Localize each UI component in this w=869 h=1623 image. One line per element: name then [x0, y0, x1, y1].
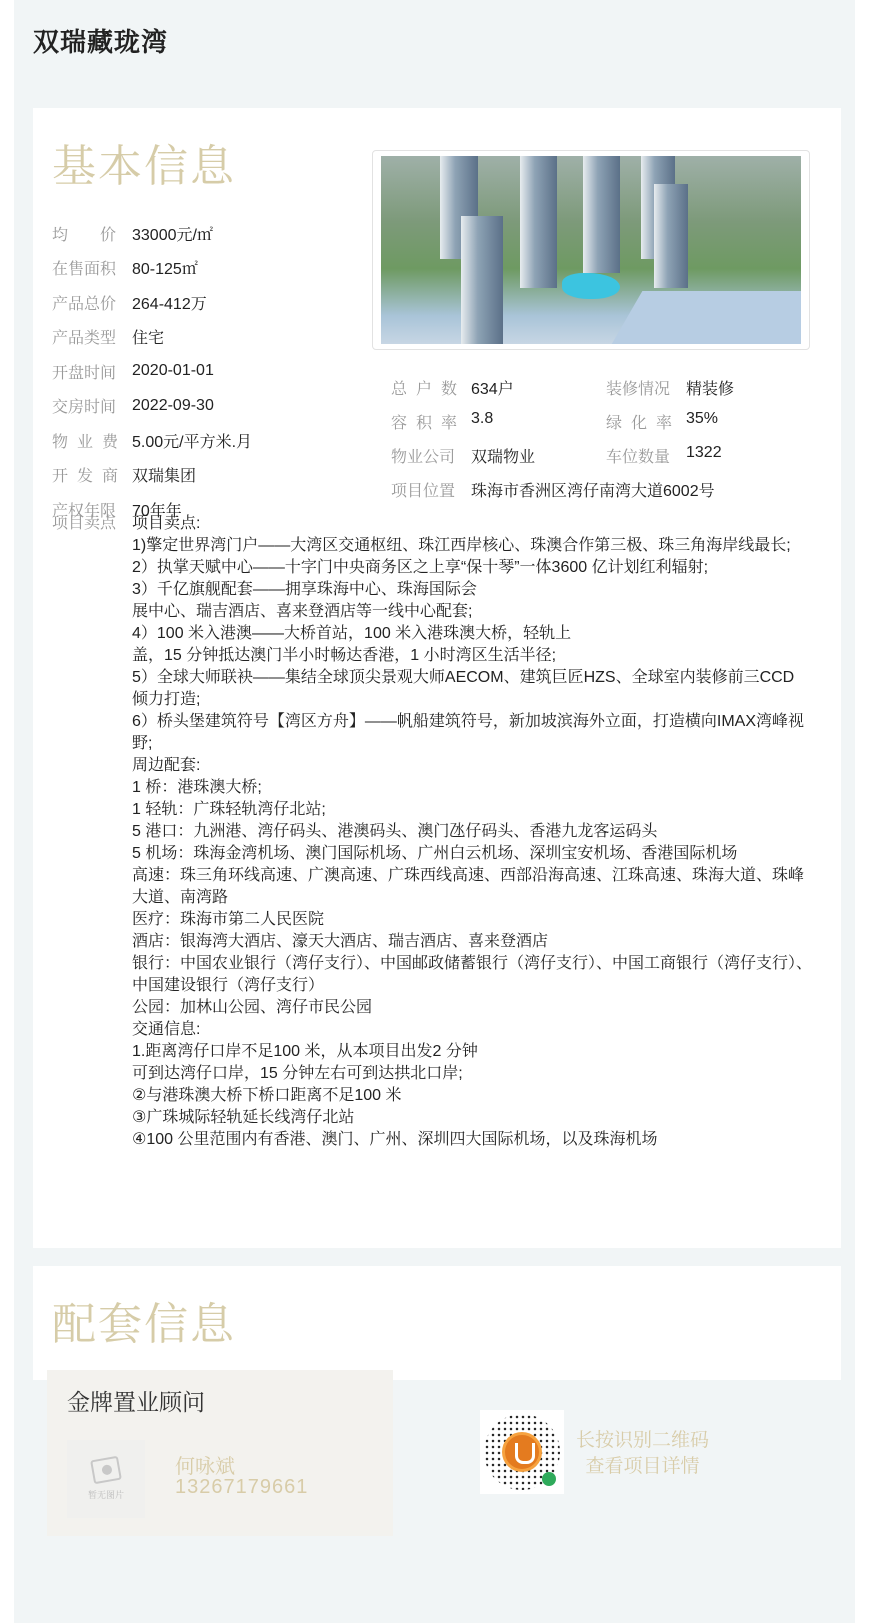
text-line: 5 港口：九洲港、湾仔码头、港澳码头、澳门氹仔码头、香港九龙客运码头 [132, 821, 812, 843]
field-delivery-date: 交房时间 2022-09-30 [52, 389, 372, 424]
page: 双瑞藏珑湾 基本信息 均 价 33000元/㎡ 在售面积 80-125㎡ 产品总… [14, 0, 855, 1623]
basic-info-right-fields: 总户数 634户 装修情况 精装修 容积率 3.8 绿化率 35% [391, 370, 821, 506]
field-households: 总户数 634户 [391, 376, 606, 399]
field-value: 双瑞物业 [471, 444, 535, 467]
field-row: 容积率 3.8 绿化率 35% [391, 404, 821, 438]
text-line: 3）千亿旗舰配套——拥享珠海中心、珠海国际会 [132, 579, 812, 601]
mini-program-badge-icon [542, 1472, 556, 1486]
field-label: 产品总价 [52, 291, 132, 314]
field-value: 35% [686, 410, 718, 433]
field-label: 项目位置 [391, 478, 471, 501]
text-line: 医疗：珠海市第二人民医院 [132, 909, 812, 931]
text-line: 公园：加林山公园、湾仔市民公园 [132, 997, 812, 1019]
mini-program-qr-code[interactable] [480, 1410, 564, 1494]
field-value: 634户 [471, 376, 514, 399]
qr-instructions: 长按识别二维码 查看项目详情 [576, 1428, 709, 1480]
text-line: 5）全球大师联袂——集结全球顶尖景观大师AECOM、建筑巨匠HZS、全球室内装修… [132, 667, 812, 711]
field-average-price: 均 价 33000元/㎡ [52, 216, 372, 251]
field-value: 双瑞集团 [132, 463, 196, 486]
selling-points-text: 项目卖点: 1)擎定世界湾门户——大湾区交通枢纽、珠江西岸核心、珠澳合作第三极、… [132, 513, 812, 1151]
text-line: 酒店：银海湾大酒店、濠天大酒店、瑞吉酒店、喜来登酒店 [132, 931, 812, 953]
advisor-name: 何咏斌 [175, 1450, 235, 1479]
text-line: 可到达湾仔口岸，15 分钟左右可到达拱北口岸; [132, 1063, 812, 1085]
project-image-frame[interactable] [372, 150, 810, 350]
avatar: 暂无图片 [67, 1440, 145, 1518]
basic-info-left-fields: 均 价 33000元/㎡ 在售面积 80-125㎡ 产品总价 264-412万 … [52, 216, 372, 527]
field-label: 物业费 [52, 429, 132, 452]
field-label: 物业公司 [391, 444, 471, 467]
text-line: 6）桥头堡建筑符号【湾区方舟】——帆船建筑符号，新加坡滨海外立面，打造横向IMA… [132, 711, 812, 755]
text-line: 交通信息: [132, 1019, 812, 1041]
section-heading-support-info: 配套信息 [52, 1288, 236, 1352]
avatar-caption: 暂无图片 [88, 1488, 124, 1501]
field-row: 物业公司 双瑞物业 车位数量 1322 [391, 438, 821, 472]
field-value: 33000元/㎡ [132, 222, 213, 245]
field-value: 80-125㎡ [132, 256, 198, 279]
field-location: 项目位置 珠海市香洲区湾仔南湾大道6002号 [391, 472, 821, 506]
support-info-card: 配套信息 [33, 1266, 841, 1380]
field-plot-ratio: 容积率 3.8 [391, 410, 606, 433]
text-line: 5 机场：珠海金湾机场、澳门国际机场、广州白云机场、深圳宝安机场、香港国际机场 [132, 843, 812, 865]
field-product-type: 产品类型 住宅 [52, 320, 372, 355]
text-line: 高速：珠三角环线高速、广澳高速、广珠西线高速、西部沿海高速、江珠高速、珠海大道、… [132, 865, 812, 909]
basic-info-card: 基本信息 均 价 33000元/㎡ 在售面积 80-125㎡ 产品总价 264-… [33, 108, 841, 1248]
project-title: 双瑞藏珑湾 [33, 22, 168, 59]
qr-line-2: 查看项目详情 [576, 1454, 709, 1480]
text-line: 展中心、瑞吉酒店、喜来登酒店等一线中心配套; [132, 601, 812, 623]
field-property-company: 物业公司 双瑞物业 [391, 444, 606, 467]
text-line: ③广珠城际轻轨延长线湾仔北站 [132, 1107, 812, 1129]
field-label: 开发商 [52, 463, 132, 486]
field-value: 264-412万 [132, 291, 207, 314]
field-value: 5.00元/平方米.月 [132, 429, 252, 452]
selling-points: 项目卖点 项目卖点: 1)擎定世界湾门户——大湾区交通枢纽、珠江西岸核心、珠澳合… [52, 513, 832, 1151]
field-developer: 开发商 双瑞集团 [52, 458, 372, 493]
field-value: 2020-01-01 [132, 362, 214, 380]
field-green-ratio: 绿化率 35% [606, 410, 821, 433]
text-line: 1 桥：港珠澳大桥; [132, 777, 812, 799]
field-opening-date: 开盘时间 2020-01-01 [52, 354, 372, 389]
advisor-title: 金牌置业顾问 [67, 1384, 205, 1417]
field-label: 在售面积 [52, 256, 132, 279]
selling-points-label: 项目卖点 [52, 513, 132, 1151]
field-label: 总户数 [391, 376, 471, 399]
field-value: 1322 [686, 444, 722, 467]
field-total-price: 产品总价 264-412万 [52, 285, 372, 320]
field-row: 总户数 634户 装修情况 精装修 [391, 370, 821, 404]
field-value: 珠海市香洲区湾仔南湾大道6002号 [471, 478, 715, 501]
text-line: 项目卖点: [132, 513, 812, 535]
field-decoration: 装修情况 精装修 [606, 376, 821, 399]
text-line: 1.距离湾仔口岸不足100 米，从本项目出发2 分钟 [132, 1041, 812, 1063]
text-line: 4）100 米入港澳——大桥首站，100 米入港珠澳大桥，轻轨上 [132, 623, 812, 645]
field-sale-area: 在售面积 80-125㎡ [52, 251, 372, 286]
text-line: ④100 公里范围内有香港、澳门、广州、深圳四大国际机场，以及珠海机场 [132, 1129, 812, 1151]
text-line: 周边配套: [132, 755, 812, 777]
text-line: 盖，15 分钟抵达澳门半小时畅达香港，1 小时湾区生活半径; [132, 645, 812, 667]
section-heading-basic-info: 基本信息 [52, 130, 236, 194]
qr-line-1: 长按识别二维码 [576, 1428, 709, 1454]
text-line: 2）执掌天赋中心——十字门中央商务区之上享“保十琴”一体3600 亿计划红利辐射… [132, 557, 812, 579]
field-label: 车位数量 [606, 444, 686, 467]
text-line: 银行：中国农业银行（湾仔支行）、中国邮政储蓄银行（湾仔支行）、中国工商银行（湾仔… [132, 953, 812, 997]
advisor-card: 金牌置业顾问 暂无图片 何咏斌 13267179661 [47, 1370, 393, 1536]
field-property-fee: 物业费 5.00元/平方米.月 [52, 423, 372, 458]
field-label: 装修情况 [606, 376, 686, 399]
advisor-phone-link[interactable]: 13267179661 [175, 1476, 308, 1499]
field-value: 2022-09-30 [132, 397, 214, 415]
field-value: 3.8 [471, 410, 493, 433]
image-placeholder-icon [90, 1455, 122, 1483]
field-label: 均 价 [52, 222, 132, 245]
project-rendering-image [381, 156, 801, 344]
text-line: ②与港珠澳大桥下桥口距离不足100 米 [132, 1085, 812, 1107]
brand-logo-icon [502, 1432, 542, 1472]
text-line: 1)擎定世界湾门户——大湾区交通枢纽、珠江西岸核心、珠澳合作第三极、珠三角海岸线… [132, 535, 812, 557]
field-label: 产品类型 [52, 325, 132, 348]
text-line: 1 轻轨：广珠轻轨湾仔北站; [132, 799, 812, 821]
field-label: 交房时间 [52, 394, 132, 417]
field-label: 容积率 [391, 410, 471, 433]
field-parking-spaces: 车位数量 1322 [606, 444, 821, 467]
field-value: 住宅 [132, 325, 164, 348]
field-value: 精装修 [686, 376, 734, 399]
field-label: 绿化率 [606, 410, 686, 433]
field-label: 开盘时间 [52, 360, 132, 383]
